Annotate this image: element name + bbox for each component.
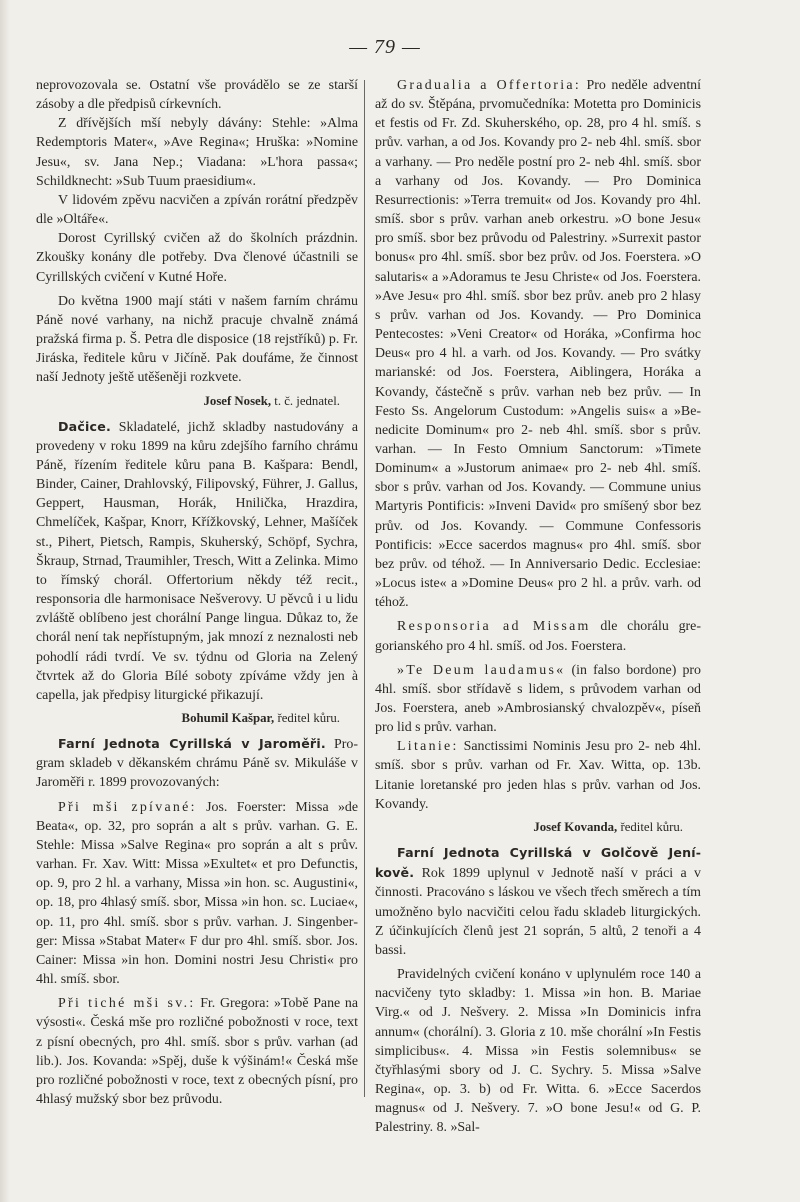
signature-name: Josef Kovanda, (533, 820, 617, 834)
paragraph: Při tiché mši sv.: Fr. Gregora: »Tobě Pa… (36, 994, 358, 1109)
section-jaromer: Farní Jednota Cyrillská v Jaroměři. Pro­… (36, 734, 358, 792)
paragraph: Pravidelných cvičení konáno v uplynulém … (375, 965, 701, 1137)
spaced-label: »Te Deum laudamus« (397, 663, 565, 678)
left-column: neprovozovala se. Ostatní vše provádělo … (36, 76, 358, 1109)
section-text: Rok 1899 uplynul v Jednotě naší v práci … (375, 866, 701, 958)
spaced-label: Při mši zpívané: (58, 800, 197, 815)
paragraph-text: Fr. Gregora: »Tobě Pane na výsosti«. Čes… (36, 996, 358, 1107)
paragraph: Litanie: Sanctissimi Nominis Jesu pro 2-… (375, 737, 701, 814)
section-heading: Farní Jednota Cyrillská v Jaroměři. (58, 736, 326, 751)
paragraph: Responsoria ad Missam dle chorálu gre­go… (375, 617, 701, 655)
paragraph: Při mši zpívané: Jos. Foerster: Missa »d… (36, 798, 358, 990)
signature-name: Josef Nosek, (204, 394, 272, 408)
signature: Josef Kovanda, ředitel kůru. (375, 818, 683, 837)
paragraph: Dorost Cyrillský cvičen až do školních p… (36, 229, 358, 286)
paragraph-text: Jos. Foerster: Missa »de Beata«, op. 32,… (36, 800, 358, 987)
signature: Josef Nosek, t. č. jednatel. (36, 392, 340, 411)
signature-name: Bohumil Kašpar, (182, 711, 275, 725)
page-number: — 79 — (0, 36, 770, 59)
section-heading: Dačice. (58, 419, 111, 434)
section-dacice: Dačice. Skladatelé, jichž skladby nastud… (36, 417, 358, 705)
paragraph: Do května 1900 mají státi v našem farním… (36, 292, 358, 388)
column-divider (364, 80, 365, 1097)
paragraph: Z dřívějších mší nebyly dávány: Stehle: … (36, 114, 358, 191)
spaced-label: Gradualia a Offertoria: (397, 78, 581, 93)
paragraph: Gradualia a Offertoria: Pro neděle ad­ve… (375, 76, 701, 612)
section-golcuv-jenikov: Farní Jednota Cyrillská v Golčově Jení­k… (375, 843, 701, 960)
paragraph-text: Pro neděle ad­ventní až do sv. Štěpána, … (375, 78, 701, 610)
spaced-label: Litanie: (397, 739, 459, 754)
paragraph: neprovozovala se. Ostatní vše provádělo … (36, 76, 358, 114)
signature-role: ředitel kůru. (617, 820, 683, 834)
section-text: Skladatelé, jichž skladby nastudo­vány a… (36, 420, 358, 703)
spaced-label: Při tiché mši sv.: (58, 996, 196, 1011)
page-edge-shadow (0, 0, 10, 1202)
right-column: Gradualia a Offertoria: Pro neděle ad­ve… (375, 76, 701, 1137)
signature: Bohumil Kašpar, ředitel kůru. (36, 709, 340, 728)
signature-role: ředitel kůru. (274, 711, 340, 725)
spaced-label: Responsoria ad Missam (397, 619, 591, 634)
paragraph: V lidovém zpěvu nacvičen a zpíván rorátn… (36, 191, 358, 229)
signature-role: t. č. jednatel. (271, 394, 340, 408)
paragraph: »Te Deum laudamus« (in falso bordone) pr… (375, 661, 701, 738)
